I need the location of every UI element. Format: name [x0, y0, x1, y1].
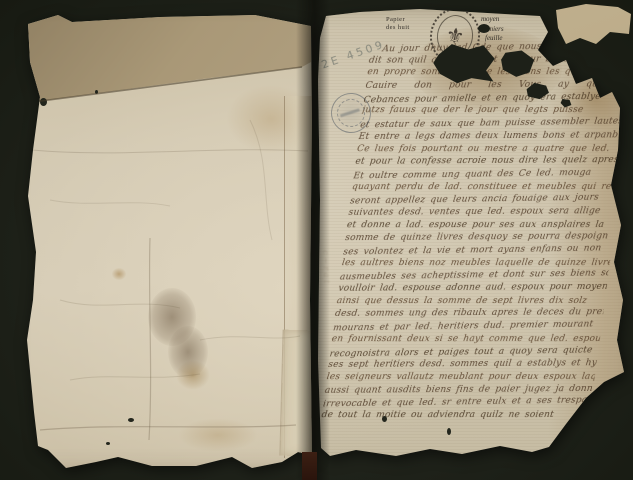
- fleur-de-lis-icon: ⚜: [444, 24, 466, 47]
- stamp-text-line: feuille: [485, 34, 529, 44]
- ink-speck: [447, 428, 451, 435]
- manuscript-text: Au jour dhuy lad Gde que nous mestre lun…: [320, 40, 633, 424]
- manuscript-line: les seigneurs vallautz meublant pour deu…: [326, 371, 596, 384]
- tax-stamp-left-text: Papierdes huit: [386, 16, 428, 32]
- manuscript-scan: m n ~ e s c ~ r a t Au jour dhuy lad Gde…: [0, 0, 633, 480]
- stamp-text-line: des huit: [386, 24, 428, 32]
- manuscript-line: de tout la moitie ou adviendra quilz ne …: [321, 409, 591, 422]
- manuscript-line: ainsi que dessus la somme de sept livres…: [336, 295, 606, 308]
- stamp-text-line: Papier: [386, 16, 428, 24]
- manuscript-line: et donne a lad. espouse pour ses aux ans…: [346, 219, 616, 232]
- manuscript-line: en fournissant deux si se hayt comme que…: [331, 333, 601, 346]
- manuscript-line: en propre sont commune les biens les que…: [366, 66, 633, 79]
- paper-hole: [478, 24, 490, 33]
- gutter-shadow: [296, 0, 330, 480]
- spine: [302, 452, 317, 480]
- manuscript-line: Ce lues fois pourtant ou mestre a quatre…: [356, 142, 626, 155]
- ink-speck: [382, 416, 387, 422]
- stamp-text-line: moyen: [481, 15, 529, 25]
